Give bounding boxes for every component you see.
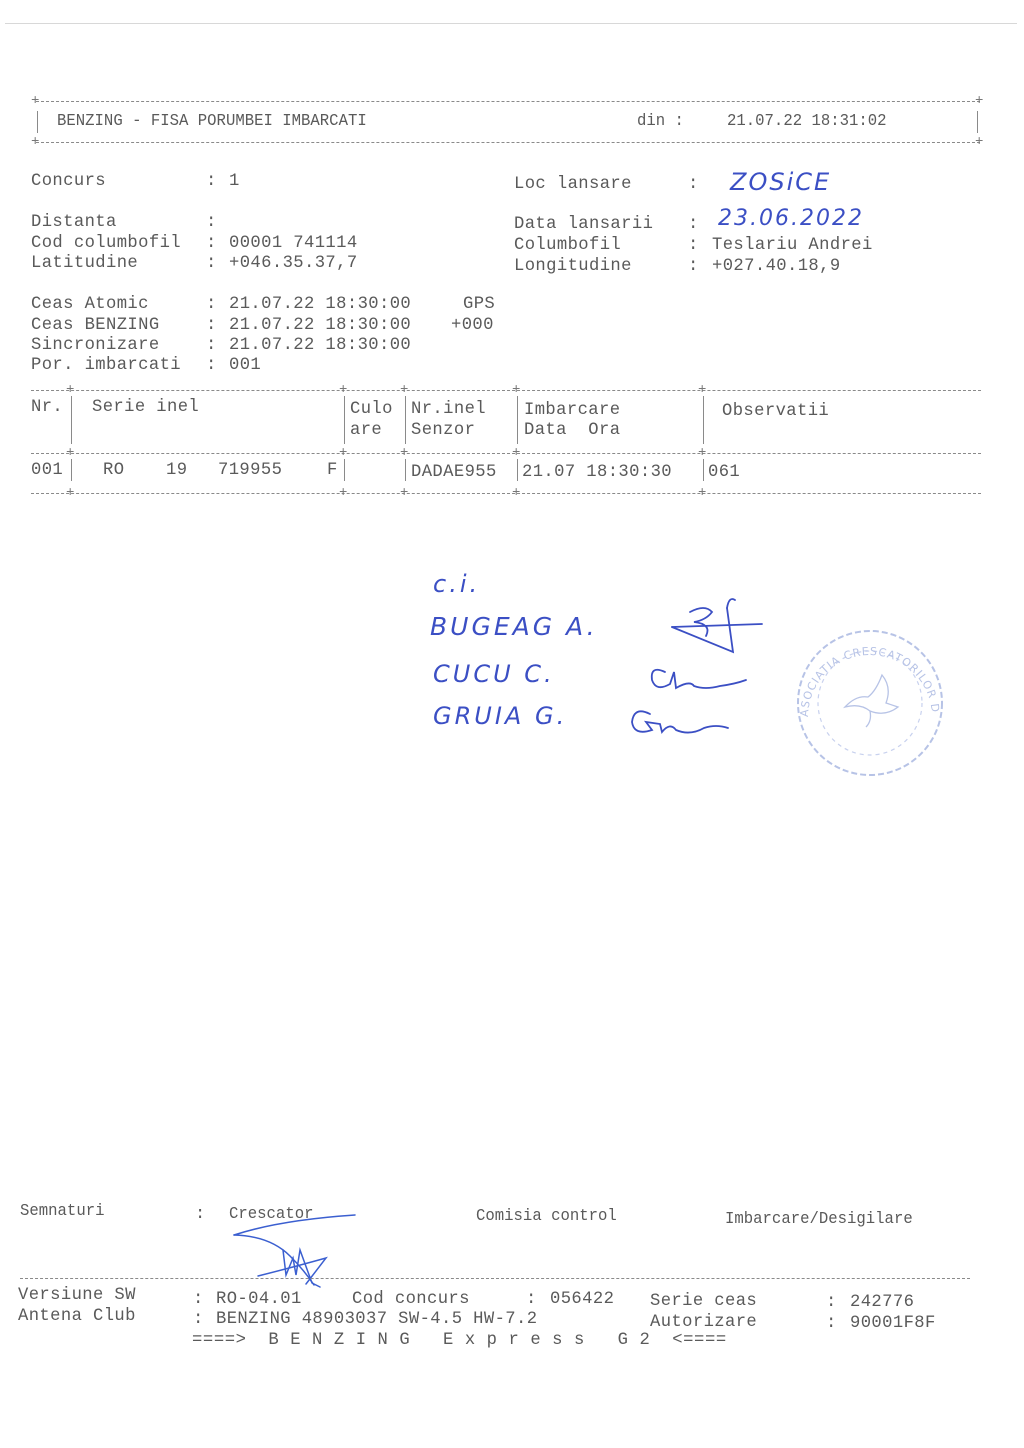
footer-separator <box>20 1278 970 1279</box>
antena-club-label: Antena Club <box>18 1307 136 1326</box>
serie-ceas-label: Serie ceas <box>650 1292 757 1311</box>
versiune-sw-label: Versiune SW <box>18 1286 136 1305</box>
versiune-sw-value: RO-04.01 <box>216 1290 302 1309</box>
serie-ceas-value: 242776 <box>850 1293 914 1312</box>
colon: : <box>826 1314 837 1333</box>
autorizare-label: Autorizare <box>650 1313 757 1332</box>
colon: : <box>193 1290 204 1309</box>
autorizare-value: 90001F8F <box>850 1314 936 1333</box>
crescator-signature <box>0 0 1024 1448</box>
cod-concurs-value: 056422 <box>550 1290 614 1309</box>
colon: : <box>526 1290 537 1309</box>
footer-banner: ====> B E N Z I N G E x p r e s s G 2 <=… <box>192 1331 727 1350</box>
antena-club-value: BENZING 48903037 SW-4.5 HW-7.2 <box>216 1310 537 1329</box>
colon: : <box>193 1310 204 1329</box>
colon: : <box>826 1293 837 1312</box>
cod-concurs-label: Cod concurs <box>352 1290 470 1309</box>
